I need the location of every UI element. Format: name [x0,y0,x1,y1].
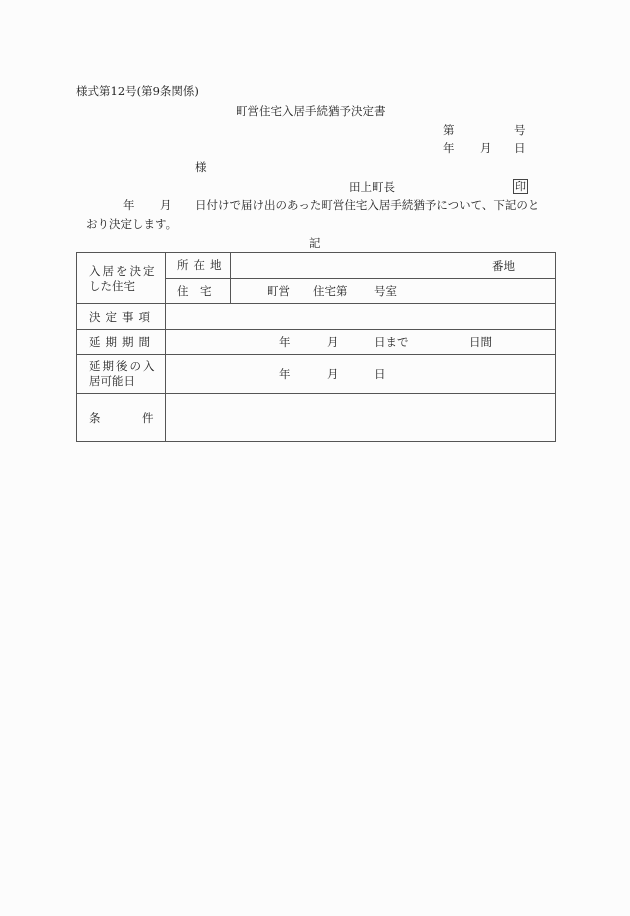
location-suffix: 番地 [492,259,515,273]
body-text-line2: おり決定します。 [86,217,177,231]
house-value-b: 住宅第 [313,284,348,298]
house-value-c: 号室 [374,284,397,298]
decision-table: 入居を決定 した住宅 所在地 番地 住 宅 町営 住宅第 号室 決定事項 延期期… [76,252,556,442]
location-label: 所在地 [177,258,227,272]
period-year: 年 [279,335,291,349]
period-days: 日間 [469,335,492,349]
date-month: 月 [480,141,492,155]
form-label: 様式第12号(第9条関係) [76,84,199,98]
housing-label-1: 入居を決定 [89,264,157,278]
addressee-suffix: 様 [195,160,207,174]
housing-label-2: した住宅 [89,279,135,293]
number-dai: 第 [443,123,455,137]
decision-label: 決定事項 [89,310,155,324]
body-text-line1: 日付けで届け出のあった町営住宅入居手続猶予について、下記のと [195,198,539,212]
number-go: 号 [514,123,526,137]
available-label-1: 延期後の入 [89,359,157,373]
period-label: 延期期間 [89,335,155,349]
ki-heading: 記 [309,236,321,250]
period-month: 月 [327,335,339,349]
available-month: 月 [327,367,339,381]
body-month: 月 [160,198,172,212]
document-title: 町営住宅入居手続猶予決定書 [236,104,386,118]
seal-mark: 印 [513,179,528,193]
date-year: 年 [443,141,455,155]
date-day: 日 [514,141,526,155]
available-year: 年 [279,367,291,381]
conditions-label-b: 件 [142,411,154,425]
house-label: 住 宅 [177,284,212,298]
issuer-name: 田上町長 [349,180,395,194]
available-day: 日 [374,367,386,381]
period-until: 日まで [374,335,409,349]
conditions-label-a: 条 [89,411,101,425]
body-year: 年 [123,198,135,212]
house-value-a: 町営 [267,284,290,298]
available-label-2: 居可能日 [89,374,135,388]
